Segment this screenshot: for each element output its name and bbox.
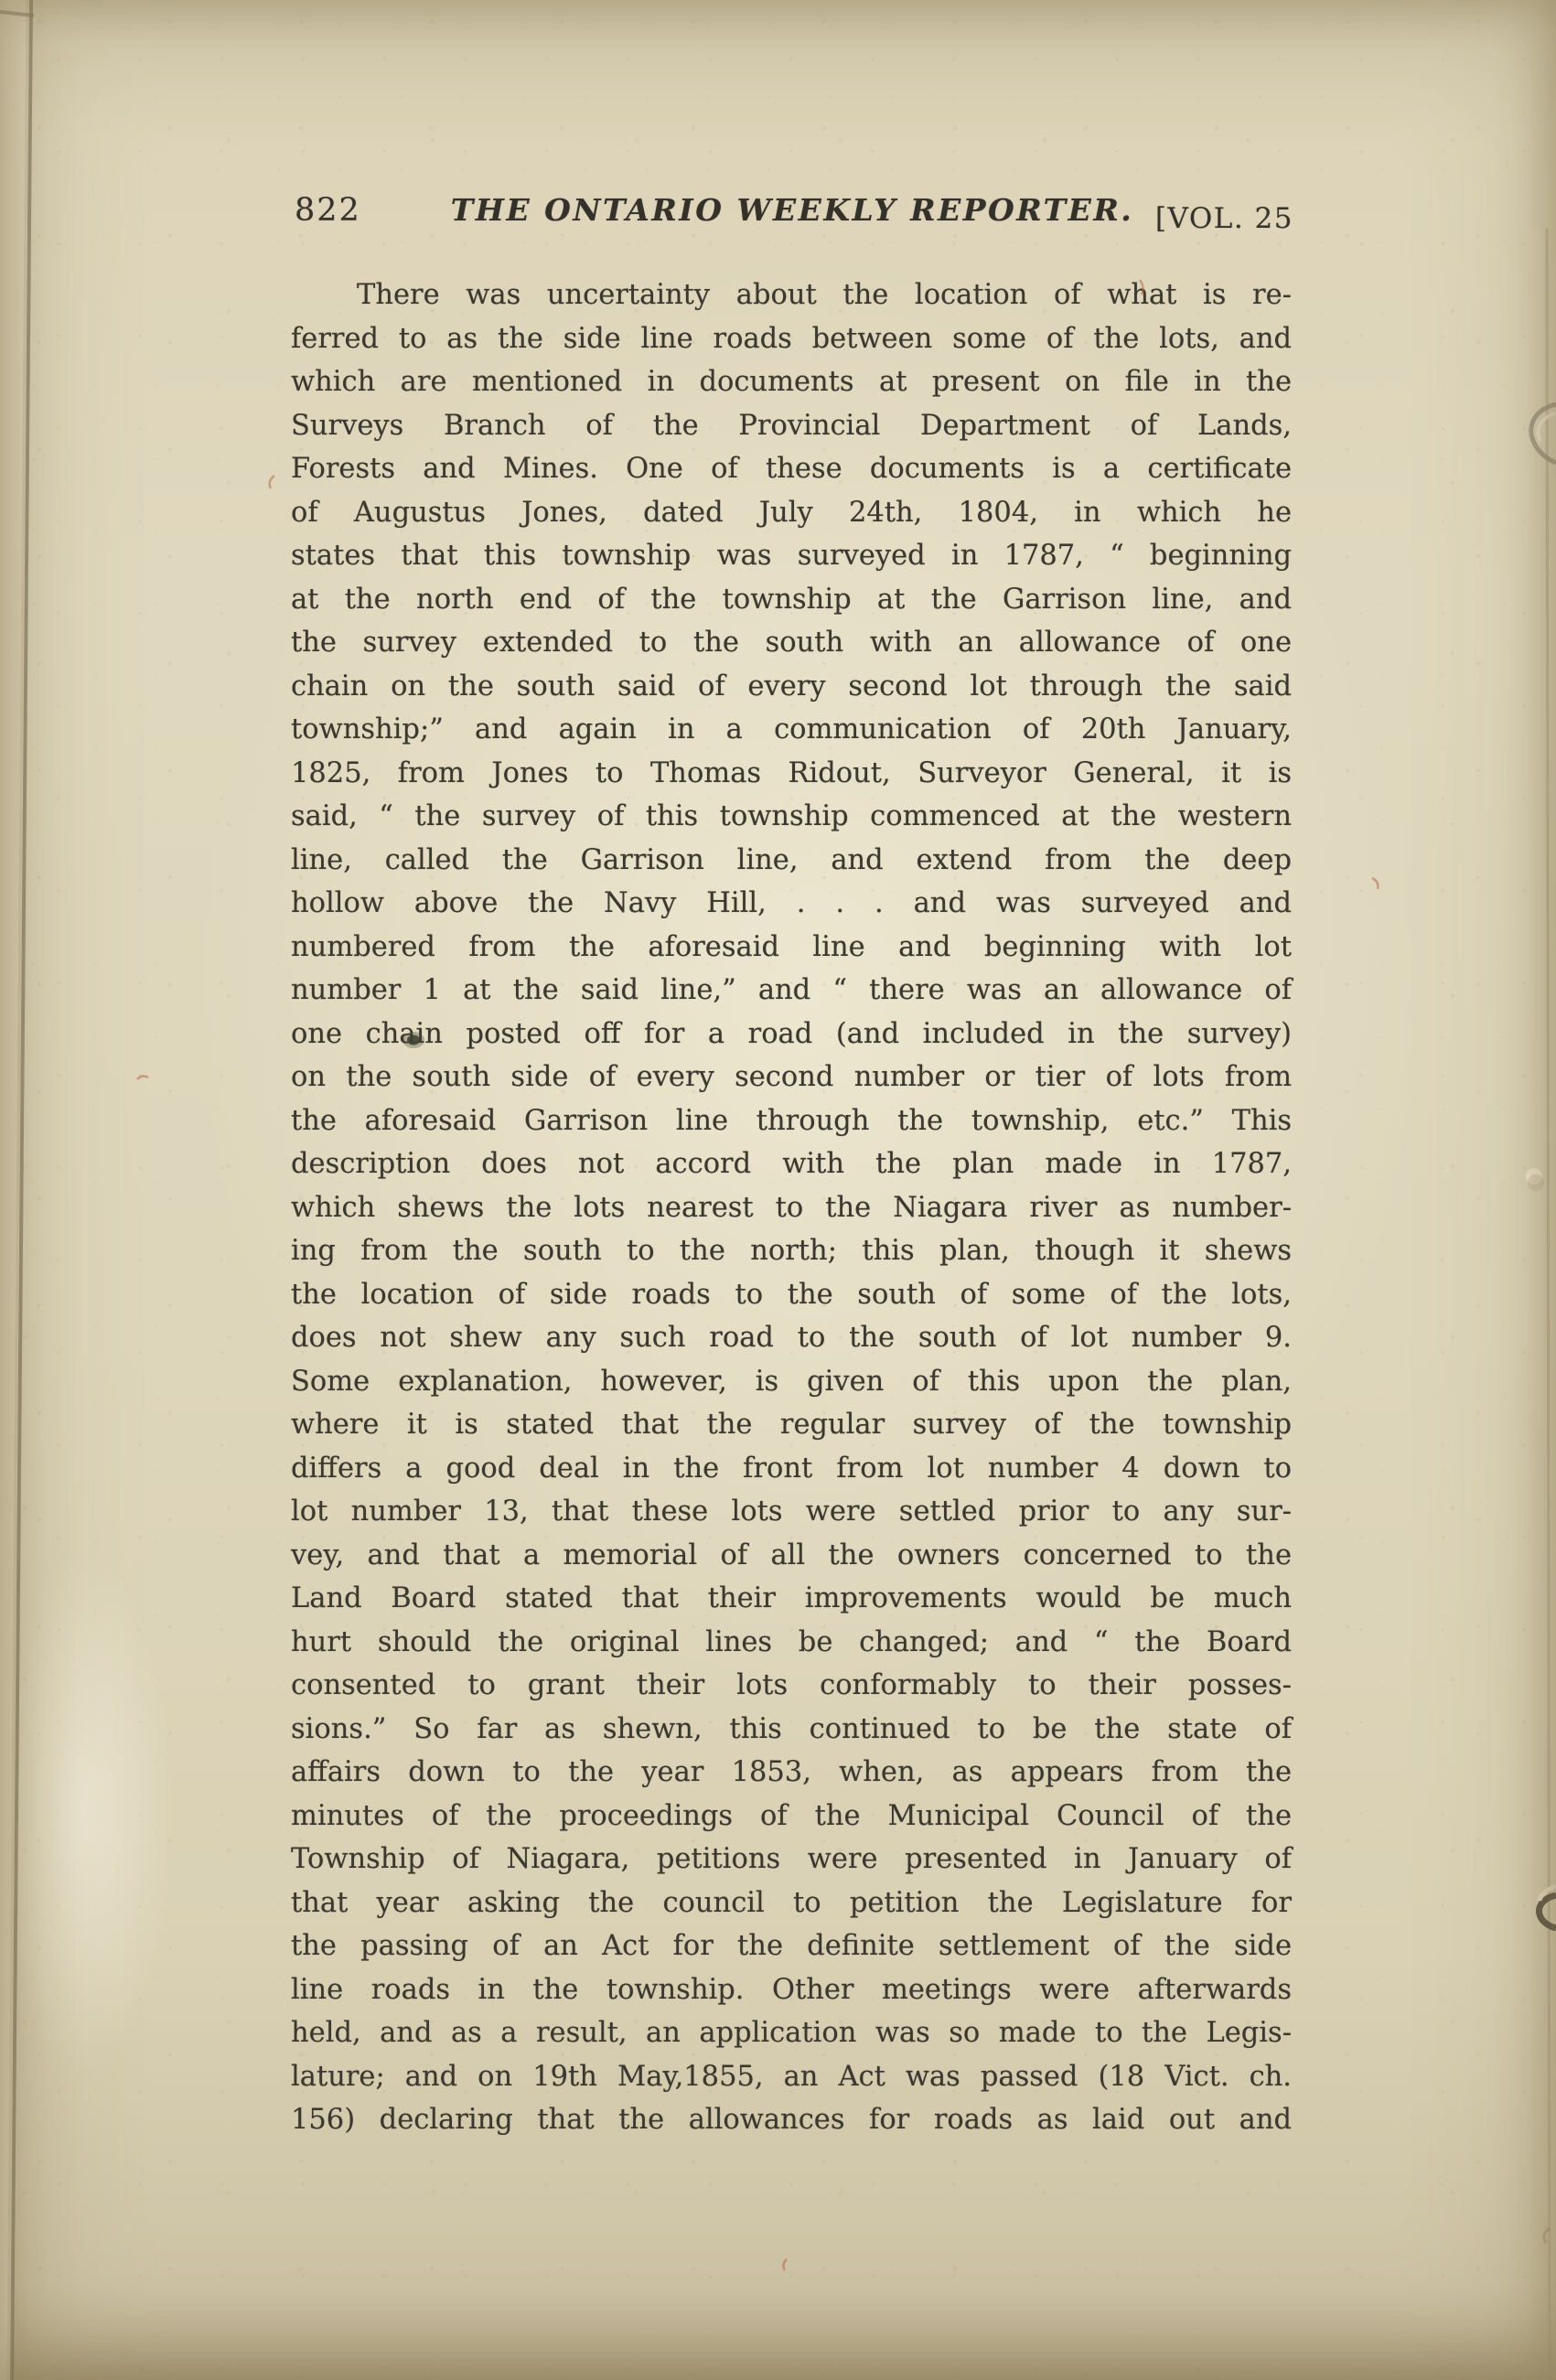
text-line: line roads in the township. Other meetin… bbox=[291, 1968, 1292, 2012]
crease-highlight bbox=[7, 1445, 282, 2177]
text-line: which are mentioned in documents at pres… bbox=[291, 360, 1292, 404]
text-line: the aforesaid Garrison line through the … bbox=[291, 1099, 1292, 1143]
text-line: which shews the lots nearest to the Niag… bbox=[291, 1186, 1292, 1230]
text-line: held, and as a result, an application wa… bbox=[291, 2011, 1292, 2055]
text-line: ing from the south to the north; this pl… bbox=[291, 1229, 1292, 1273]
text-line: vey, and that a memorial of all the owne… bbox=[291, 1534, 1292, 1578]
page-edge-right bbox=[1547, 229, 1550, 2380]
body-text: There was uncertainty about the location… bbox=[291, 273, 1292, 2142]
text-line: of Augustus Jones, dated July 24th, 1804… bbox=[291, 491, 1292, 535]
text-line: ferred to as the side line roads between… bbox=[291, 317, 1292, 361]
binding-hole-mark bbox=[1526, 1168, 1544, 1191]
page-header: 822 THE ONTARIO WEEKLY REPORTER. [VOL. 2… bbox=[291, 190, 1293, 241]
scanned-book-page: 822 THE ONTARIO WEEKLY REPORTER. [VOL. 2… bbox=[0, 0, 1556, 2380]
text-line: said, “ the survey of this township comm… bbox=[291, 795, 1292, 839]
text-line: on the south side of every second number… bbox=[291, 1056, 1292, 1099]
text-line: differs a good deal in the front from lo… bbox=[291, 1447, 1292, 1491]
text-line: Forests and Mines. One of these document… bbox=[291, 447, 1292, 491]
text-line: does not shew any such road to the south… bbox=[291, 1316, 1292, 1360]
text-line: one chain posted off for a road (and inc… bbox=[291, 1013, 1292, 1056]
edge-fiber-mark bbox=[1544, 2228, 1550, 2243]
text-line: numbered from the aforesaid line and beg… bbox=[291, 926, 1292, 970]
text-line: minutes of the proceedings of the Munici… bbox=[291, 1795, 1292, 1839]
text-line: that year asking the council to petition… bbox=[291, 1881, 1292, 1925]
binding-thread-mark bbox=[1531, 404, 1556, 463]
text-line: township;” and again in a communication … bbox=[291, 708, 1292, 752]
text-line: chain on the south said of every second … bbox=[291, 665, 1292, 709]
text-line: where it is stated that the regular surv… bbox=[291, 1403, 1292, 1447]
text-line: number 1 at the said line,” and “ there … bbox=[291, 969, 1292, 1013]
text-line: 1825, from Jones to Thomas Ridout, Surve… bbox=[291, 752, 1292, 796]
text-line: line, called the Garrison line, and exte… bbox=[291, 839, 1292, 883]
text-line: the passing of an Act for the definite s… bbox=[291, 1924, 1292, 1968]
text-line: at the north end of the township at the … bbox=[291, 578, 1292, 622]
text-line: the location of side roads to the south … bbox=[291, 1273, 1292, 1317]
text-line: sions.” So far as shewn, this continued … bbox=[291, 1708, 1292, 1752]
text-line: Some explanation, however, is given of t… bbox=[291, 1360, 1292, 1404]
text-line: the survey extended to the south with an… bbox=[291, 621, 1292, 665]
edge-hook-mark bbox=[1539, 1886, 1556, 1928]
text-line: description does not accord with the pla… bbox=[291, 1142, 1292, 1186]
text-line: Land Board stated that their improvement… bbox=[291, 1577, 1292, 1621]
top-left-edge-line bbox=[0, 12, 34, 16]
text-line: Surveys Branch of the Provincial Departm… bbox=[291, 404, 1292, 448]
text-line: There was uncertainty about the location… bbox=[291, 273, 1292, 317]
volume-label: [VOL. 25 bbox=[1155, 202, 1293, 235]
text-line: consented to grant their lots conformabl… bbox=[291, 1664, 1292, 1708]
text-line: lot number 13, that these lots were sett… bbox=[291, 1490, 1292, 1534]
text-line: hurt should the original lines be change… bbox=[291, 1621, 1292, 1665]
text-line: lature; and on 19th May,1855, an Act was… bbox=[291, 2055, 1292, 2099]
text-line: Township of Niagara, petitions were pres… bbox=[291, 1838, 1292, 1881]
page-edge-left bbox=[0, 0, 34, 2380]
text-line: 156) declaring that the allowances for r… bbox=[291, 2098, 1292, 2142]
text-line: affairs down to the year 1853, when, as … bbox=[291, 1751, 1292, 1795]
text-line: states that this township was surveyed i… bbox=[291, 534, 1292, 578]
journal-title: THE ONTARIO WEEKLY REPORTER. bbox=[291, 192, 1293, 228]
text-line: hollow above the Navy Hill, . . . and wa… bbox=[291, 882, 1292, 926]
